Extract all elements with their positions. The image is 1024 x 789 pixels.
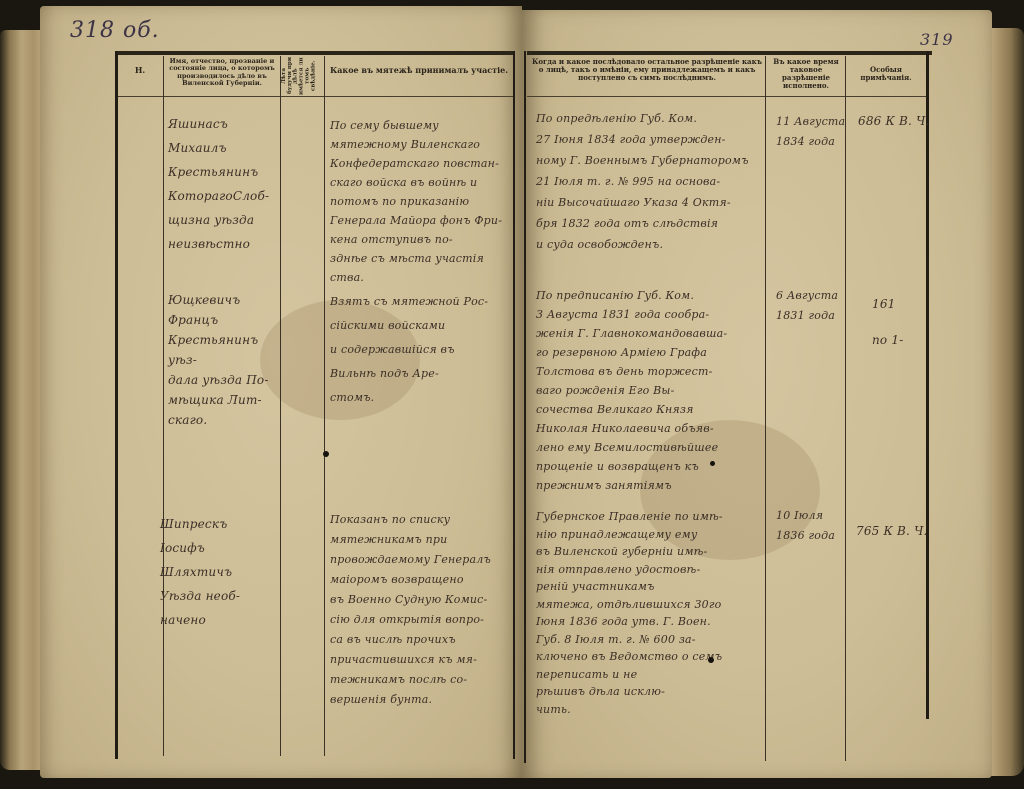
row-3-part: Показанъ по списку мятежникамъ при прово… bbox=[330, 510, 515, 710]
header-name: Имя, отчество, прозваніе и состояніе лиц… bbox=[166, 58, 278, 88]
header-top-rule-right bbox=[527, 51, 932, 55]
column-rule bbox=[524, 51, 526, 763]
column-rule bbox=[765, 56, 766, 761]
column-rule bbox=[280, 56, 281, 756]
header-place: Лѣта будучи при дѣлѣ имѣется ли томъ свѣ… bbox=[282, 57, 322, 95]
folio-number-left: 318 об. bbox=[70, 18, 160, 43]
row-2-notes: 161 по 1- bbox=[872, 286, 932, 358]
header-resolution: Когда и какое послѣдовало остальное разр… bbox=[530, 58, 764, 82]
row-2-executed: 6 Августа 1831 года bbox=[776, 286, 846, 326]
header-part: Какое въ мятежѣ принималъ участіе. bbox=[328, 66, 510, 75]
row-2-part: Взятъ съ мятежной Рос- сійскими войсками… bbox=[330, 290, 515, 410]
row-1-executed: 11 Августа 1834 года bbox=[776, 112, 846, 152]
header-bottom-rule-left bbox=[118, 96, 514, 97]
row-2-name: Ющкевичъ Францъ Крестьянинъ уѣз- дала уѣ… bbox=[168, 290, 280, 430]
row-3-name: Шипрескъ Іосифъ Шляхтичъ Уѣзда необ- нач… bbox=[160, 512, 278, 632]
column-rule bbox=[115, 51, 118, 759]
row-3-resolution: Губернское Правленіе по имѣ- нію принадл… bbox=[536, 508, 764, 718]
column-rule bbox=[163, 56, 164, 756]
column-rule bbox=[845, 56, 846, 761]
folio-number-right: 319 bbox=[920, 30, 954, 49]
header-notes: Особыя примѣчанія. bbox=[848, 66, 924, 82]
column-rule bbox=[926, 51, 929, 719]
row-1-name: Яшинасъ Михаилъ Крестьянинъ КоторагоСлоб… bbox=[168, 112, 280, 256]
ink-blot bbox=[708, 657, 714, 663]
ink-blot bbox=[710, 461, 715, 466]
header-no: Н. bbox=[118, 66, 162, 75]
row-2-resolution: По предписанію Губ. Ком. 3 Августа 1831 … bbox=[536, 286, 764, 495]
column-rule bbox=[324, 56, 325, 756]
header-top-rule-left bbox=[118, 51, 514, 55]
row-1-notes: 686 К В. Ч. bbox=[858, 112, 958, 131]
header-executed: Въ какое время таковое разрѣшеніе исполн… bbox=[768, 58, 844, 90]
row-1-part: По сему бывшему мятежному Виленскаго Кон… bbox=[330, 116, 515, 287]
row-1-resolution: По опредѣленію Губ. Ком. 27 Іюня 1834 го… bbox=[536, 108, 764, 255]
ink-blot bbox=[323, 451, 329, 457]
row-3-executed: 10 Іюля 1836 года bbox=[776, 506, 846, 546]
header-bottom-rule-right bbox=[527, 96, 927, 97]
row-3-notes: 765 К В. Ч. bbox=[856, 522, 966, 541]
open-ledger-book: 318 об. 319 Н. Имя, отчество, прозваніе … bbox=[0, 0, 1024, 789]
